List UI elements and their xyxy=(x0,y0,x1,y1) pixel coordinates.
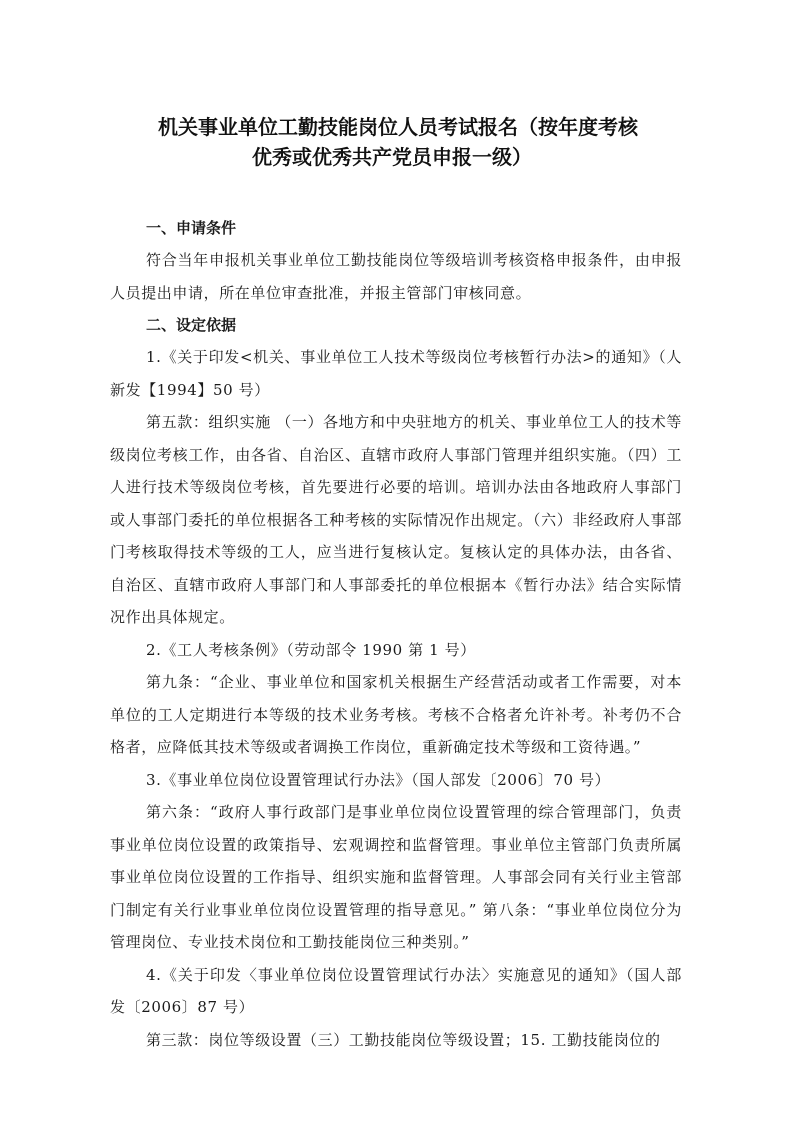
basis-item-1-content: 第五款：组织实施 （一）各地方和中央驻地方的机关、事业单位工人的技术等级岗位考核… xyxy=(110,406,682,634)
paragraph-application-conditions: 符合当年申报机关事业单位工勤技能岗位等级培训考核资格申报条件，由申报人员提出申请… xyxy=(110,244,682,309)
basis-item-3-content: 第六条：“政府人事行政部门是事业单位岗位设置管理的综合管理部门，负责事业单位岗位… xyxy=(110,796,682,959)
document-page: 机关事业单位工勤技能岗位人员考试报名（按年度考核 优秀或优秀共产党员申报一级） … xyxy=(110,112,682,1056)
section-heading-legal-basis: 二、设定依据 xyxy=(110,309,682,341)
document-title: 机关事业单位工勤技能岗位人员考试报名（按年度考核 优秀或优秀共产党员申报一级） xyxy=(110,112,682,172)
section-heading-application-conditions: 一、申请条件 xyxy=(110,212,682,244)
basis-item-2-title: 2.《工人考核条例》（劳动部令 1990 第 1 号） xyxy=(110,634,682,667)
title-line-2: 优秀或优秀共产党员申报一级） xyxy=(110,142,682,172)
basis-item-2-content: 第九条：“企业、事业单位和国家机关根据生产经营活动或者工作需要，对本单位的工人定… xyxy=(110,666,682,764)
basis-item-4-title: 4.《关于印发〈事业单位岗位设置管理试行办法〉实施意见的通知》（国人部发〔200… xyxy=(110,959,682,1024)
basis-item-1-title: 1.《关于印发<机关、事业单位工人技术等级岗位考核暂行办法>的通知》（人新发【1… xyxy=(110,341,682,406)
basis-item-4-content: 第三款：岗位等级设置（三）工勤技能岗位等级设置；15. 工勤技能岗位的 xyxy=(110,1024,682,1057)
basis-item-3-title: 3.《事业单位岗位设置管理试行办法》（国人部发〔2006〕70 号） xyxy=(110,764,682,797)
title-line-1: 机关事业单位工勤技能岗位人员考试报名（按年度考核 xyxy=(110,112,682,142)
